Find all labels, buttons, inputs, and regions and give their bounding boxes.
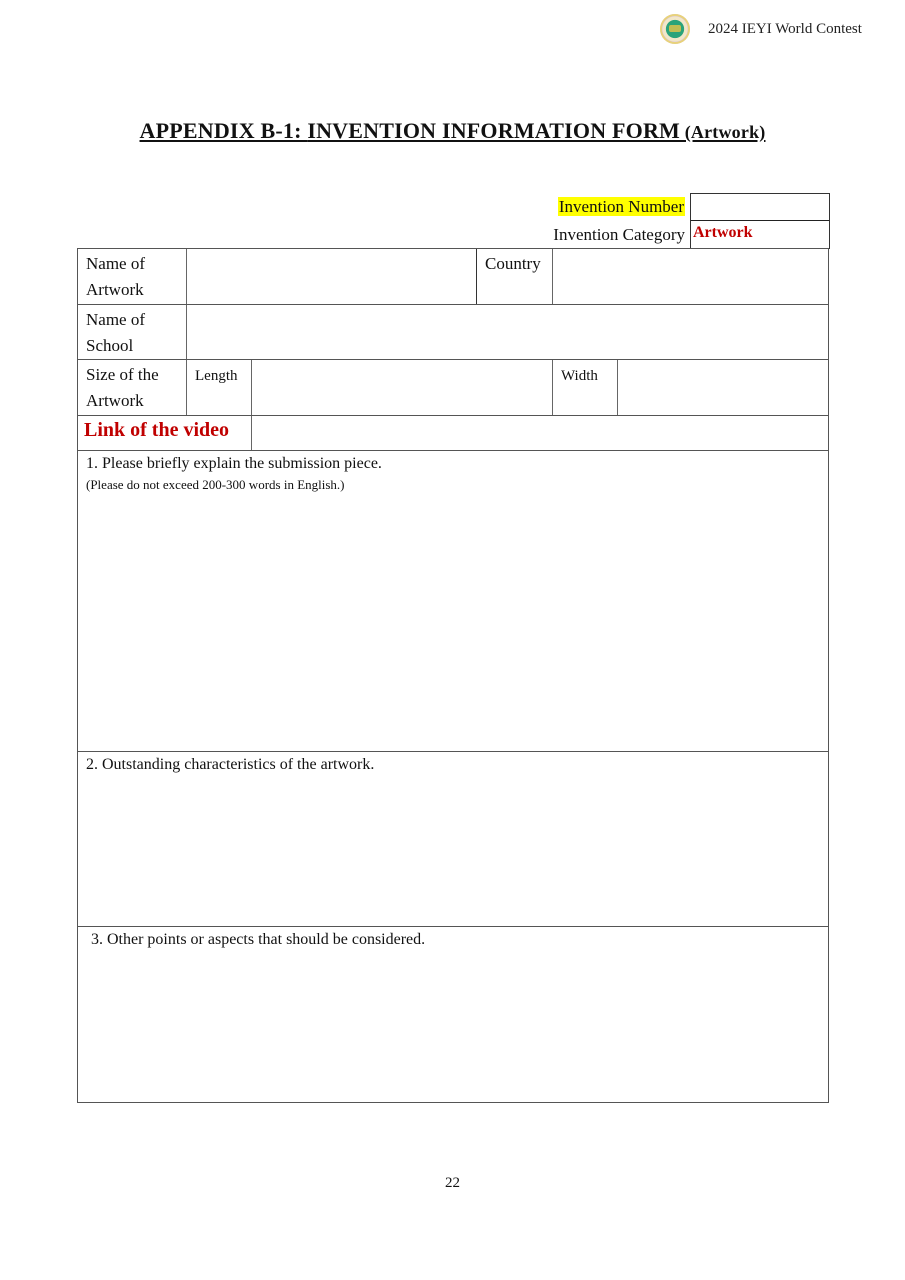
- page-number: 22: [0, 1175, 905, 1192]
- title-appendix: APPENDIX B-1:: [140, 118, 308, 143]
- invention-category-label: Invention Category: [553, 225, 685, 245]
- invention-number-label: Invention Number: [558, 197, 685, 217]
- invention-number-field[interactable]: [690, 193, 830, 222]
- size-of-artwork-label: Size of the Artwork: [78, 360, 186, 415]
- invention-form-table: Name of Artwork Country Name of School S…: [77, 248, 829, 1103]
- page-title: APPENDIX B-1: INVENTION INFORMATION FORM…: [0, 118, 905, 144]
- question-1-section[interactable]: 1. Please briefly explain the submission…: [77, 451, 829, 752]
- country-label: Country: [477, 249, 552, 304]
- row-video-link: Link of the video: [77, 416, 829, 451]
- page-header: 2024 IEYI World Contest: [660, 14, 862, 44]
- title-category: (Artwork): [680, 122, 765, 142]
- question-3-title: 3. Other points or aspects that should b…: [78, 927, 828, 949]
- row-size-of-artwork: Size of the Artwork Length Width: [77, 360, 829, 416]
- question-2-title: 2. Outstanding characteristics of the ar…: [78, 752, 828, 774]
- title-form-name: INVENTION INFORMATION FORM: [307, 118, 680, 143]
- ieyi-globe-logo-icon: [660, 14, 690, 44]
- length-field[interactable]: [252, 360, 552, 415]
- question-2-section[interactable]: 2. Outstanding characteristics of the ar…: [77, 752, 829, 927]
- question-1-title: 1. Please briefly explain the submission…: [78, 451, 828, 473]
- header-title: 2024 IEYI World Contest: [708, 21, 862, 38]
- row-name-of-artwork: Name of Artwork Country: [77, 248, 829, 305]
- video-link-field[interactable]: [252, 416, 828, 450]
- invention-category-value: Artwork: [693, 224, 753, 242]
- name-of-artwork-label: Name of Artwork: [78, 249, 186, 304]
- name-of-artwork-field[interactable]: [187, 249, 476, 304]
- video-link-label: Link of the video: [78, 416, 251, 450]
- name-of-school-field[interactable]: [187, 305, 828, 359]
- length-label: Length: [187, 360, 251, 415]
- country-field[interactable]: [553, 249, 828, 304]
- name-of-school-label: Name of School: [78, 305, 186, 359]
- invention-category-field[interactable]: Artwork: [690, 221, 830, 249]
- width-field[interactable]: [618, 360, 828, 415]
- row-name-of-school: Name of School: [77, 305, 829, 360]
- width-label: Width: [553, 360, 617, 415]
- question-3-section[interactable]: 3. Other points or aspects that should b…: [77, 927, 829, 1103]
- question-1-note: (Please do not exceed 200-300 words in E…: [78, 473, 828, 493]
